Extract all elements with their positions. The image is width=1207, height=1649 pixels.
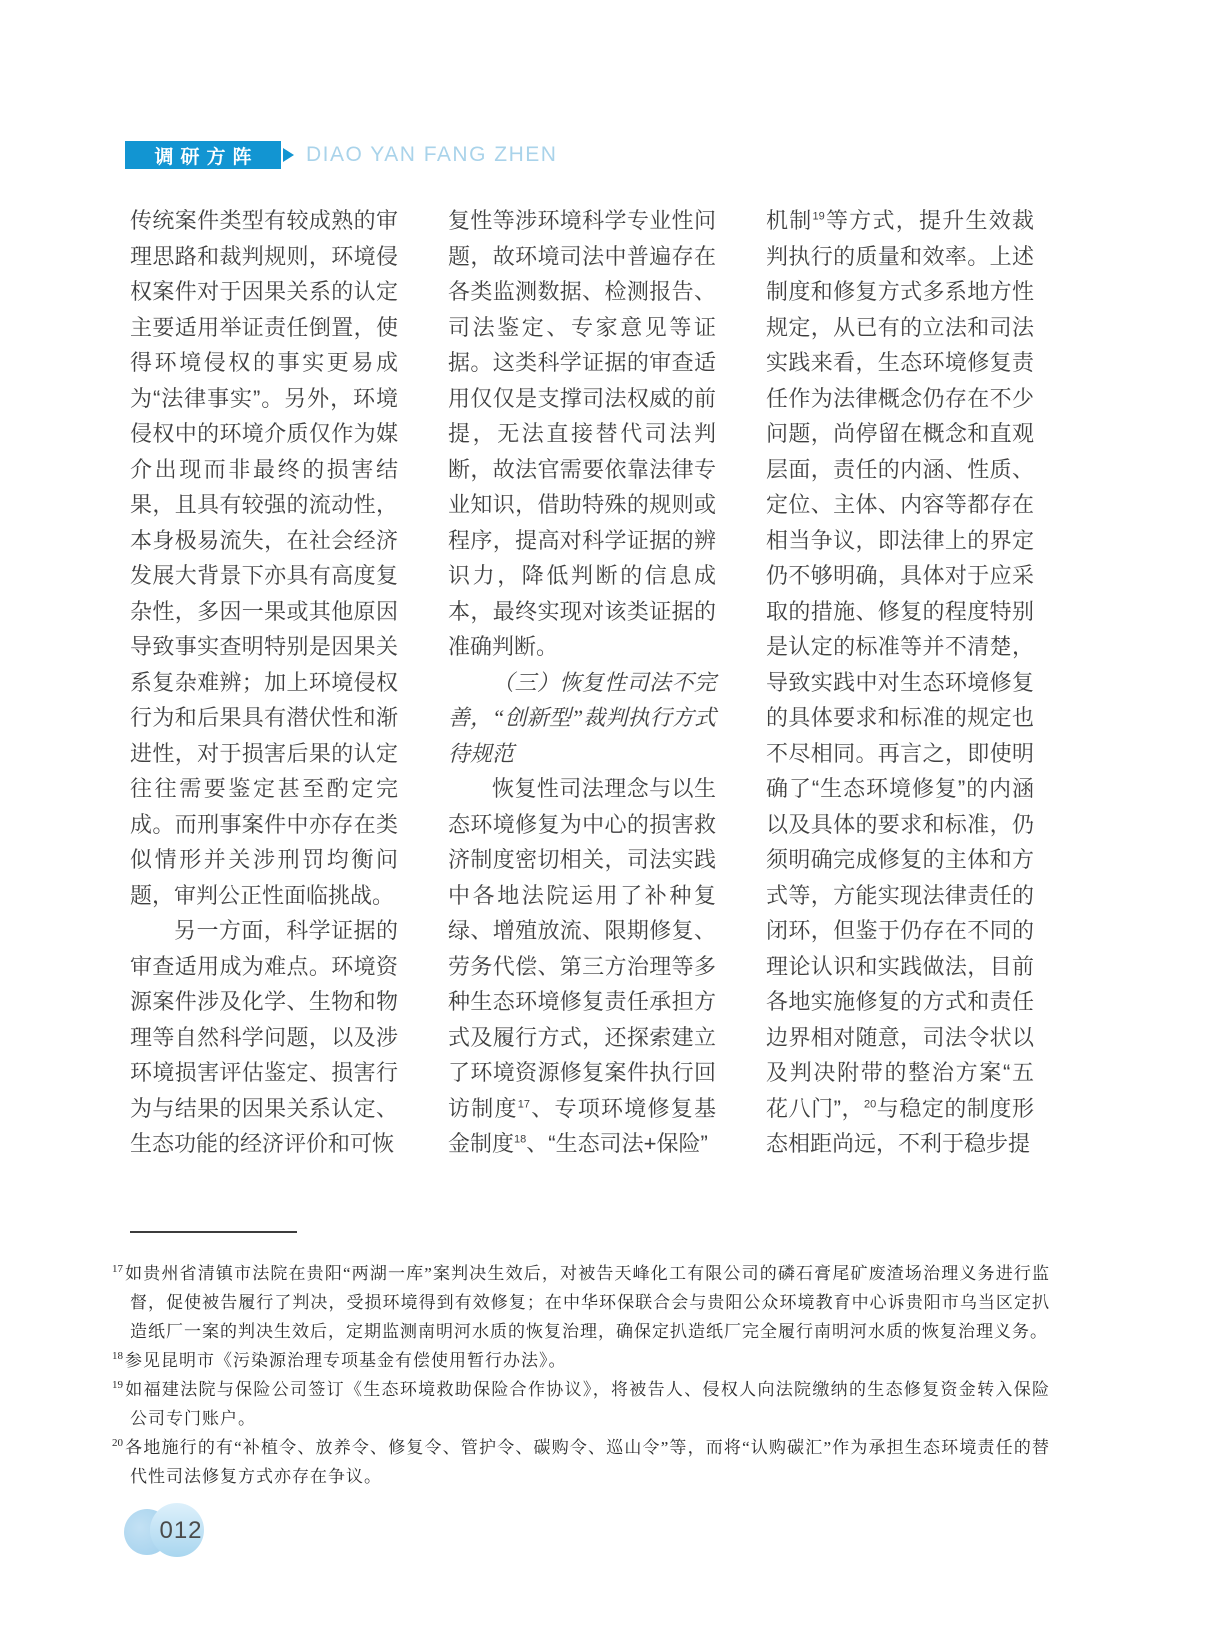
page-number: 012: [158, 1517, 204, 1545]
footnote-number: 17: [112, 1263, 123, 1275]
paragraph: 传统案件类型有较成熟的审理思路和裁判规则，环境侵权案件对于因果关系的认定主要适用…: [130, 203, 398, 913]
article-body: 传统案件类型有较成熟的审理思路和裁判规则，环境侵权案件对于因果关系的认定主要适用…: [130, 203, 1034, 1162]
footnote-number: 20: [112, 1437, 123, 1449]
footnote: 17如贵州省清镇市法院在贵阳“两湖一库”案判决生效后，对被告天峰化工有限公司的磷…: [112, 1259, 1050, 1346]
footnote-separator: [130, 1231, 297, 1233]
section-badge: 调研方阵: [125, 141, 281, 169]
section-subtitle-pinyin: DIAO YAN FANG ZHEN: [306, 143, 557, 167]
journal-page: 调研方阵 DIAO YAN FANG ZHEN 传统案件类型有较成熟的审理思路和…: [0, 0, 1207, 1649]
footnote-text: 如贵州省清镇市法院在贵阳“两湖一库”案判决生效后，对被告天峰化工有限公司的磷石膏…: [125, 1264, 1050, 1341]
paragraph: 复性等涉环境科学专业性问题，故环境司法中普遍存在各类监测数据、检测报告、司法鉴定…: [448, 203, 716, 665]
footnote-text: 参见昆明市《污染源治理专项基金有偿使用暂行办法》。: [125, 1351, 567, 1370]
footnote-text: 各地施行的有“补植令、放养令、修复令、管护令、碳购令、巡山令”等，而将“认购碳汇…: [125, 1438, 1050, 1486]
footnote-number: 19: [112, 1379, 123, 1391]
footnote: 18参见昆明市《污染源治理专项基金有偿使用暂行办法》。: [112, 1346, 1050, 1375]
text-column-2: 复性等涉环境科学专业性问题，故环境司法中普遍存在各类监测数据、检测报告、司法鉴定…: [448, 203, 716, 1162]
paragraph: 另一方面，科学证据的审查适用成为难点。环境资源案件涉及化学、生物和物理等自然科学…: [130, 913, 398, 1162]
footnote: 20各地施行的有“补植令、放养令、修复令、管护令、碳购令、巡山令”等，而将“认购…: [112, 1433, 1050, 1491]
footnote-number: 18: [112, 1350, 123, 1362]
arrow-right-icon: [283, 148, 294, 162]
footnote: 19如福建法院与保险公司签订《生态环境救助保险合作协议》，将被告人、侵权人向法院…: [112, 1375, 1050, 1433]
text-column-3: 机制19等方式，提升生效裁判执行的质量和效率。上述制度和修复方式多系地方性规定，…: [766, 203, 1034, 1162]
page-number-block: 012: [124, 1503, 214, 1563]
paragraph: 机制19等方式，提升生效裁判执行的质量和效率。上述制度和修复方式多系地方性规定，…: [766, 203, 1034, 1162]
text-column-1: 传统案件类型有较成熟的审理思路和裁判规则，环境侵权案件对于因果关系的认定主要适用…: [130, 203, 398, 1162]
paragraph: 恢复性司法理念与以生态环境修复为中心的损害救济制度密切相关，司法实践中各地法院运…: [448, 771, 716, 1162]
footnote-text: 如福建法院与保险公司签订《生态环境救助保险合作协议》，将被告人、侵权人向法院缴纳…: [125, 1380, 1050, 1428]
footnotes: 17如贵州省清镇市法院在贵阳“两湖一库”案判决生效后，对被告天峰化工有限公司的磷…: [112, 1259, 1050, 1491]
subsection-heading: （三）恢复性司法不完善，“创新型”裁判执行方式待规范: [448, 665, 716, 772]
section-header: 调研方阵 DIAO YAN FANG ZHEN: [125, 141, 557, 169]
